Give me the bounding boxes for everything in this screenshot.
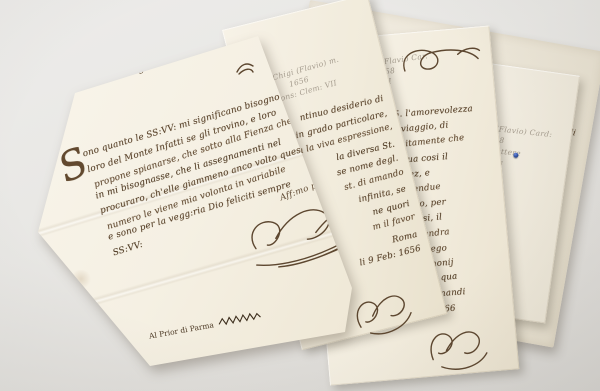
letter-front-content: Ill:mo Sig:re S ono quanto le SS:VV: mi … <box>30 0 445 375</box>
docket-text: Al Prior di Parma <box>148 320 214 340</box>
photo-of-manuscript-letters: Copia di discorso del sr. 7 Feb: 1667 fa… <box>0 0 600 391</box>
docket-scribble <box>215 309 262 329</box>
letter-front: Ill:mo Sig:re S ono quanto le SS:VV: mi … <box>20 20 440 380</box>
salutation: Ill:mo Sig:re <box>96 59 159 88</box>
paper-stain <box>70 270 92 288</box>
address-docket: Al Prior di Parma <box>148 309 263 341</box>
letter-front-wrap: Ill:mo Sig:re S ono quanto le SS:VV: mi … <box>0 0 600 391</box>
